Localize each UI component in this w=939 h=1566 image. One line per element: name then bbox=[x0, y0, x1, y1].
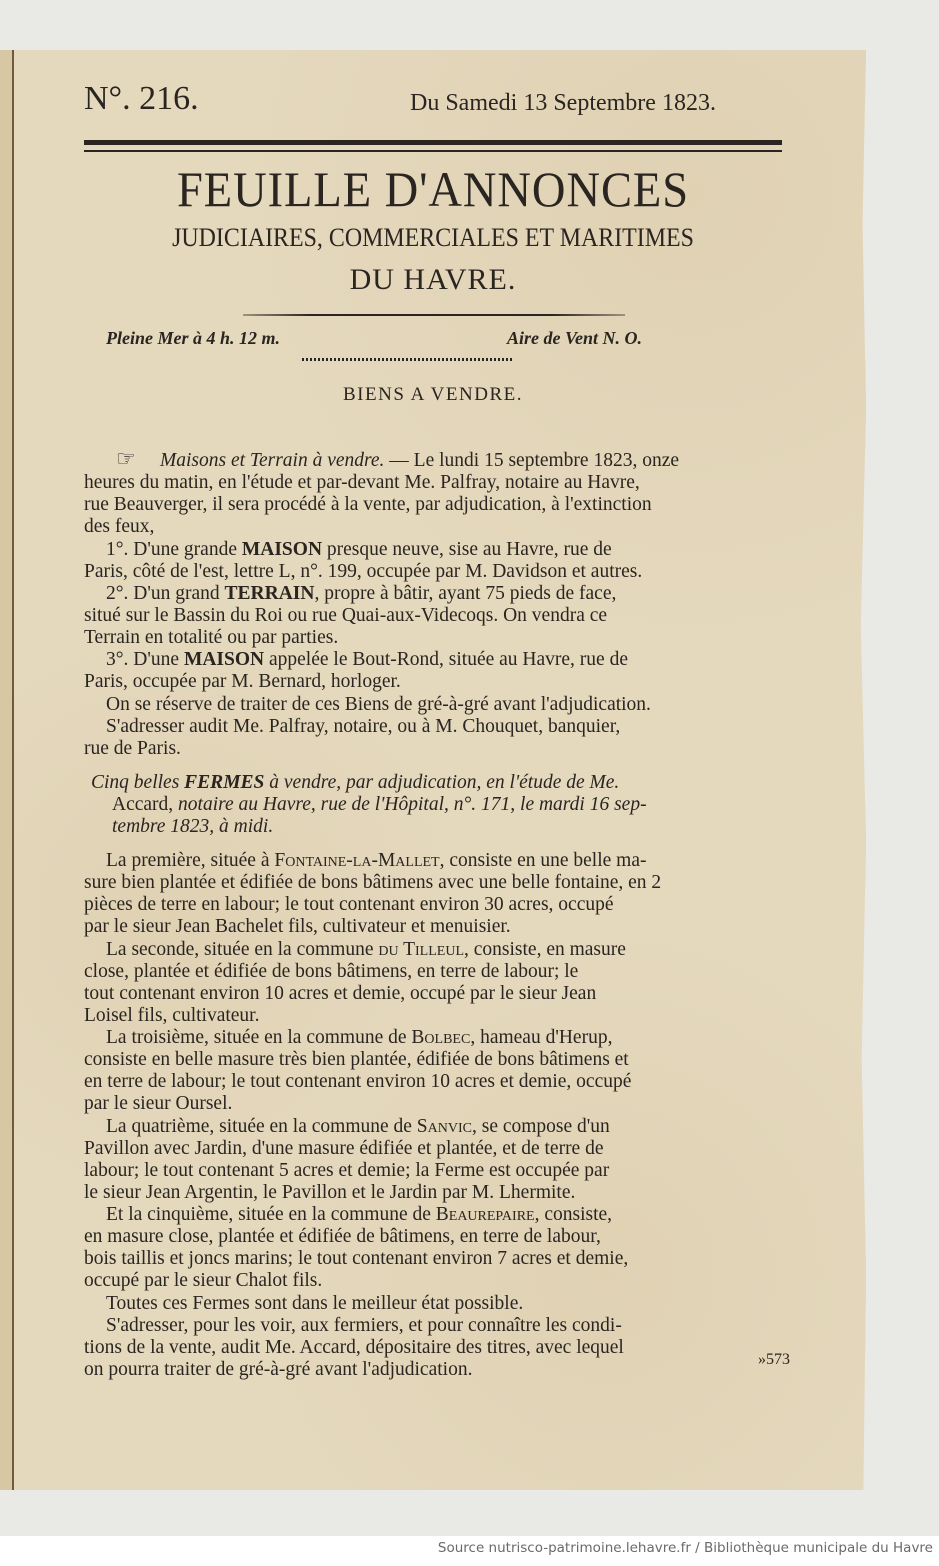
text-run: tembre 1823, à midi. bbox=[112, 816, 273, 837]
text-run: , se compose d'un bbox=[472, 1116, 610, 1137]
text-line: bois taillis et joncs marins; le tout co… bbox=[84, 1248, 628, 1270]
text-line: La quatrième, située en la commune de Sa… bbox=[106, 1116, 610, 1138]
text-run: Sanvic bbox=[417, 1116, 472, 1137]
text-run: des feux, bbox=[84, 516, 154, 537]
text-run: notaire au Havre, rue de l'Hôpital, n°. … bbox=[178, 794, 647, 815]
text-run: close, plantée et édifiée de bons bâtime… bbox=[84, 961, 578, 982]
text-line: Cinq belles FERMES à vendre, par adjudic… bbox=[91, 772, 619, 794]
text-run: en terre de labour; le tout contenant en… bbox=[84, 1071, 631, 1092]
wavy-rule bbox=[302, 358, 512, 361]
text-line: par le sieur Jean Bachelet fils, cultiva… bbox=[84, 916, 511, 938]
text-line: Paris, occupée par M. Bernard, horloger. bbox=[84, 671, 401, 693]
high-tide-info: Pleine Mer à 4 h. 12 m. bbox=[106, 328, 280, 349]
text-run: TERRAIN bbox=[225, 583, 315, 604]
text-run: Bolbec bbox=[411, 1027, 470, 1048]
text-line: Maisons et Terrain à vendre. — Le lundi … bbox=[160, 450, 679, 472]
source-caption: Source nutrisco-patrimoine.lehavre.fr / … bbox=[438, 1540, 933, 1556]
text-line: Loisel fils, cultivateur. bbox=[84, 1005, 259, 1027]
text-line: en masure close, plantée et édifiée de b… bbox=[84, 1226, 601, 1248]
text-line: 3°. D'une MAISON appelée le Bout-Rond, s… bbox=[106, 649, 628, 671]
text-run: le sieur Jean Argentin, le Pavillon et l… bbox=[84, 1182, 575, 1203]
issue-date: Du Samedi 13 Septembre 1823. bbox=[410, 90, 716, 117]
text-run: labour; le tout contenant 5 acres et dem… bbox=[84, 1160, 609, 1181]
text-line: Toutes ces Fermes sont dans le meilleur … bbox=[106, 1293, 523, 1315]
text-run: rue de Paris. bbox=[84, 738, 181, 759]
text-line: tembre 1823, à midi. bbox=[112, 816, 273, 838]
text-line: 1°. D'une grande MAISON presque neuve, s… bbox=[106, 539, 612, 561]
masthead-rule-thick bbox=[84, 140, 782, 145]
text-run: du Tilleul bbox=[378, 939, 464, 960]
text-run: , hameau d'Herup, bbox=[470, 1027, 612, 1048]
text-run: , consiste en une belle ma- bbox=[440, 850, 647, 871]
text-line: Paris, côté de l'est, lettre L, n°. 199,… bbox=[84, 561, 642, 583]
text-run: presque neuve, sise au Havre, rue de bbox=[322, 539, 612, 560]
text-line: le sieur Jean Argentin, le Pavillon et l… bbox=[84, 1182, 575, 1204]
newspaper-subtitle: JUDICIAIRES, COMMERCIALES ET MARITIMES bbox=[35, 223, 832, 253]
text-run: rue Beauverger, il sera procédé à la ven… bbox=[84, 494, 652, 515]
text-run: bois taillis et joncs marins; le tout co… bbox=[84, 1248, 628, 1269]
text-run: Cinq belles bbox=[91, 772, 184, 793]
pointing-hand-icon: ☞ bbox=[116, 447, 136, 472]
text-line: Et la cinquième, située en la commune de… bbox=[106, 1204, 612, 1226]
text-line: tions de la vente, audit Me. Accard, dép… bbox=[84, 1337, 624, 1359]
text-run: Toutes ces Fermes sont dans le meilleur … bbox=[106, 1293, 523, 1314]
text-run: consiste en belle masure très bien plant… bbox=[84, 1049, 629, 1070]
text-line: S'adresser audit Me. Palfray, notaire, o… bbox=[106, 716, 620, 738]
text-line: rue de Paris. bbox=[84, 738, 181, 760]
text-line: labour; le tout contenant 5 acres et dem… bbox=[84, 1160, 609, 1182]
text-line: La première, située à Fontaine-la-Mallet… bbox=[106, 850, 646, 872]
text-line: en terre de labour; le tout contenant en… bbox=[84, 1071, 631, 1093]
text-run: tions de la vente, audit Me. Accard, dép… bbox=[84, 1337, 624, 1358]
text-line: tout contenant environ 10 acres et demie… bbox=[84, 983, 596, 1005]
text-line: heures du matin, en l'étude et par-devan… bbox=[84, 472, 640, 494]
text-run: à vendre, par adjudication, en l'étude d… bbox=[264, 772, 619, 793]
text-run: La troisième, située en la commune de bbox=[106, 1027, 411, 1048]
text-line: S'adresser, pour les voir, aux fermiers,… bbox=[106, 1315, 622, 1337]
text-run: 2°. D'un grand bbox=[106, 583, 225, 604]
text-run: on pourra traiter de gré-à-gré avant l'a… bbox=[84, 1359, 472, 1380]
text-run: Maisons et Terrain à vendre. bbox=[160, 450, 384, 471]
text-line: La seconde, située en la commune du Till… bbox=[106, 939, 626, 961]
text-line: On se réserve de traiter de ces Biens de… bbox=[106, 694, 651, 716]
text-line: 2°. D'un grand TERRAIN, propre à bâtir, … bbox=[106, 583, 616, 605]
text-run: MAISON bbox=[184, 649, 264, 670]
text-run: Pavillon avec Jardin, d'une masure édifi… bbox=[84, 1138, 604, 1159]
text-run: heures du matin, en l'étude et par-devan… bbox=[84, 472, 640, 493]
text-line: Pavillon avec Jardin, d'une masure édifi… bbox=[84, 1138, 604, 1160]
text-run: appelée le Bout-Rond, située au Havre, r… bbox=[264, 649, 628, 670]
text-run: S'adresser audit Me. Palfray, notaire, o… bbox=[106, 716, 620, 737]
text-line: consiste en belle masure très bien plant… bbox=[84, 1049, 629, 1071]
text-run: Beaurepaire bbox=[436, 1204, 535, 1225]
text-line: des feux, bbox=[84, 516, 154, 538]
end-mark: »573 bbox=[758, 1351, 790, 1369]
text-run: occupé par le sieur Chalot fils. bbox=[84, 1270, 322, 1291]
text-line: on pourra traiter de gré-à-gré avant l'a… bbox=[84, 1359, 472, 1381]
text-line: sure bien plantée et édifiée de bons bât… bbox=[84, 872, 661, 894]
text-line: occupé par le sieur Chalot fils. bbox=[84, 1270, 322, 1292]
text-run: La première, située à bbox=[106, 850, 274, 871]
text-run: MAISON bbox=[242, 539, 322, 560]
newspaper-title: FEUILLE D'ANNONCES bbox=[30, 160, 835, 218]
masthead-rule-thin bbox=[84, 150, 782, 152]
text-run: par le sieur Oursel. bbox=[84, 1093, 232, 1114]
text-run: Terrain en totalité ou par parties. bbox=[84, 627, 338, 648]
issue-number: N°. 216. bbox=[84, 80, 199, 118]
text-run: Et la cinquième, située en la commune de bbox=[106, 1204, 436, 1225]
text-run: La seconde, située en la commune bbox=[106, 939, 378, 960]
text-run: par le sieur Jean Bachelet fils, cultiva… bbox=[84, 916, 511, 937]
text-run: pièces de terre en labour; le tout conte… bbox=[84, 894, 614, 915]
wind-direction-info: Aire de Vent N. O. bbox=[507, 328, 642, 349]
text-run: Paris, occupée par M. Bernard, horloger. bbox=[84, 671, 401, 692]
text-line: close, plantée et édifiée de bons bâtime… bbox=[84, 961, 578, 983]
text-line: La troisième, située en la commune de Bo… bbox=[106, 1027, 612, 1049]
text-run: — Le lundi 15 septembre 1823, onze bbox=[384, 450, 679, 471]
text-run: 3°. D'une bbox=[106, 649, 184, 670]
text-run: sure bien plantée et édifiée de bons bât… bbox=[84, 872, 661, 893]
text-run: , consiste, en masure bbox=[464, 939, 626, 960]
text-line: rue Beauverger, il sera procédé à la ven… bbox=[84, 494, 652, 516]
text-run: , propre à bâtir, ayant 75 pieds de face… bbox=[314, 583, 616, 604]
text-line: situé sur le Bassin du Roi ou rue Quai-a… bbox=[84, 605, 607, 627]
text-run: S'adresser, pour les voir, aux fermiers,… bbox=[106, 1315, 622, 1336]
text-run: Paris, côté de l'est, lettre L, n°. 199,… bbox=[84, 561, 642, 582]
text-run: La quatrième, située en la commune de bbox=[106, 1116, 417, 1137]
text-line: pièces de terre en labour; le tout conte… bbox=[84, 894, 614, 916]
text-line: par le sieur Oursel. bbox=[84, 1093, 232, 1115]
section-heading: BIENS A VENDRE. bbox=[0, 384, 866, 406]
text-run: tout contenant environ 10 acres et demie… bbox=[84, 983, 596, 1004]
text-line: Terrain en totalité ou par parties. bbox=[84, 627, 338, 649]
text-run: en masure close, plantée et édifiée de b… bbox=[84, 1226, 601, 1247]
text-line: Accard, notaire au Havre, rue de l'Hôpit… bbox=[112, 794, 647, 816]
text-run: situé sur le Bassin du Roi ou rue Quai-a… bbox=[84, 605, 607, 626]
text-run: 1°. D'une grande bbox=[106, 539, 242, 560]
text-run: Accard, bbox=[112, 794, 178, 815]
newspaper-city: DU HAVRE. bbox=[0, 263, 866, 297]
text-run: On se réserve de traiter de ces Biens de… bbox=[106, 694, 651, 715]
text-run: Loisel fils, cultivateur. bbox=[84, 1005, 259, 1026]
text-run: Fontaine-la-Mallet bbox=[274, 850, 439, 871]
text-run: FERMES bbox=[184, 772, 264, 793]
text-run: , consiste, bbox=[535, 1204, 612, 1225]
